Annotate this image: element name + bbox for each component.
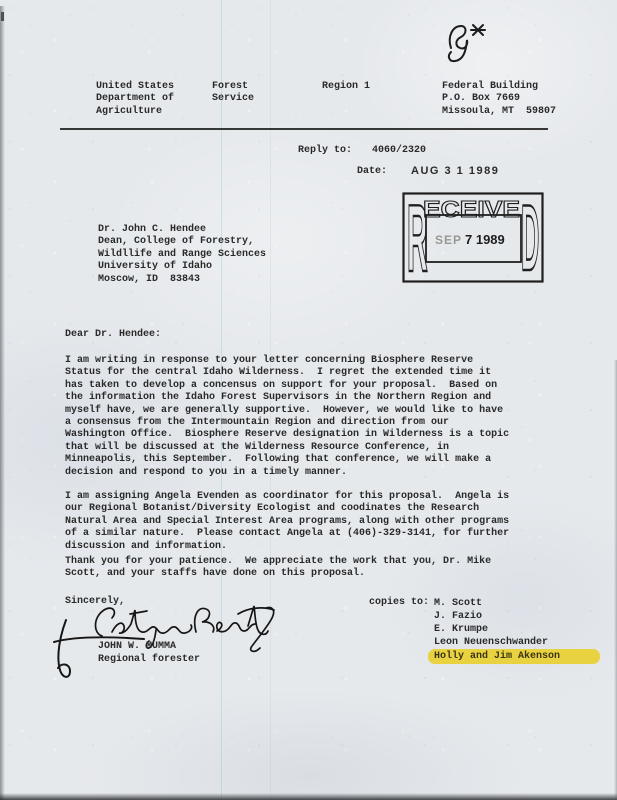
received-stamp-letter-d: D (521, 192, 539, 284)
received-stamp-word: ECEIVE (423, 196, 520, 222)
scan-edge-left (0, 6, 5, 800)
reply-to-label: Reply to: (298, 145, 352, 157)
date-label: Date: (357, 166, 387, 178)
signer-title: Regional forester (98, 654, 200, 667)
letterhead-region: Region 1 (322, 81, 370, 93)
recipient-address: Dr. John C. Hendee Dean, College of Fore… (98, 224, 266, 286)
scanned-letter-page: United States Department of Agriculture … (0, 0, 617, 800)
letterhead-service: Forest Service (212, 81, 254, 106)
copy-name: J. Fazio (434, 610, 600, 623)
body-paragraph-2: I am assigning Angela Evenden as coordin… (65, 491, 509, 553)
received-stamp-month: SEP (435, 233, 462, 247)
copies-list: M. Scott J. Fazio E. Krumpe Leon Neuensc… (434, 597, 600, 664)
body-paragraph-3: Thank you for your patience. We apprecia… (65, 556, 491, 581)
scan-edge-tick (1, 12, 4, 21)
copy-name: E. Krumpe (434, 623, 600, 636)
reply-to-value: 4060/2320 (372, 145, 426, 157)
copies-to-label: copies to: (369, 597, 429, 609)
letterhead-divider (60, 128, 548, 130)
signature-block: JOHN W. MUMMA Regional forester (98, 641, 200, 666)
date-stamp-value: AUG 3 1 1989 (411, 165, 499, 177)
received-stamp-day-year: 7 1989 (465, 232, 505, 247)
body-paragraph-1: I am writing in response to your letter … (65, 355, 509, 479)
scan-edge-bottom (0, 793, 617, 800)
salutation: Dear Dr. Hendee: (65, 329, 161, 341)
letterhead-agency: United States Department of Agriculture (96, 81, 174, 118)
signer-name: JOHN W. MUMMA (98, 641, 200, 654)
copy-name-highlighted: Holly and Jim Akenson (428, 649, 600, 664)
letterhead-office-address: Federal Building P.O. Box 7669 Missoula,… (442, 81, 556, 118)
received-stamp: R ECEIVE D SEP 7 1989 (402, 192, 544, 284)
handwritten-initials-mark (435, 14, 495, 64)
copy-name: M. Scott (434, 597, 600, 610)
copy-name: Leon Neuenschwander (434, 636, 600, 649)
